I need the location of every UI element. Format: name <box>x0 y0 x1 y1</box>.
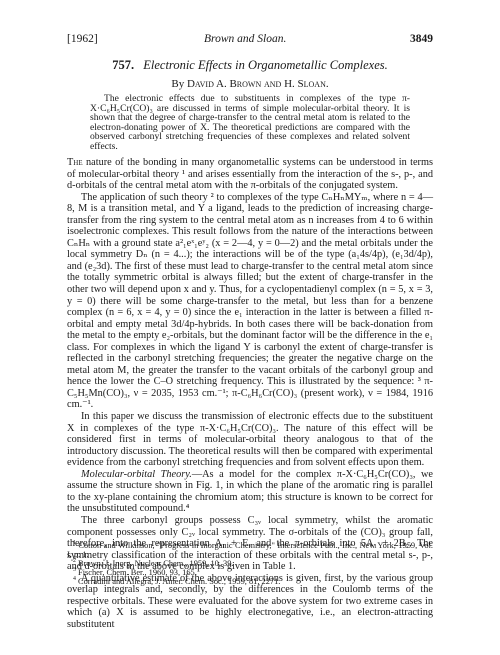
paragraph-scope: In this paper we discuss the transmissio… <box>67 411 433 469</box>
footnote-text: Fischer, Chem. Ber., 1960, 93, 165. <box>78 568 197 577</box>
footnote-text: Cotton and Wilkinson, "Progress in Inorg… <box>67 541 433 559</box>
header-running-title: Brown and Sloan. <box>204 33 286 45</box>
paragraph-intro: The nature of the bonding in many organo… <box>67 157 433 192</box>
footnote-text: Brown, J. Inorg. Nuclear Chem., 1959, 10… <box>78 559 233 568</box>
lead-smallcaps: The <box>67 157 83 168</box>
footnote-mark: 1 <box>73 540 76 546</box>
running-header: [1962] Brown and Sloan. 3849 <box>67 33 433 47</box>
byline: By David A. Brown and H. Sloan. <box>67 78 433 90</box>
abstract: The electronic effects due to substituen… <box>90 94 410 152</box>
paragraph-text: nature of the bonding in many organometa… <box>67 157 433 191</box>
byline-prefix: By <box>171 78 184 90</box>
footnote-1: 1 Cotton and Wilkinson, "Progress in Ino… <box>67 542 433 560</box>
footnote-mark: 2 <box>73 558 76 564</box>
footnote-mark: 4 <box>73 576 76 582</box>
header-year: [1962] <box>67 33 98 45</box>
paragraph-text: The application of such theory ² to comp… <box>67 192 433 411</box>
paragraph-mo-theory: Molecular-orbital Theory.—As a model for… <box>67 469 433 515</box>
article-number: 757. <box>112 58 134 72</box>
abstract-text: The electronic effects due to substituen… <box>90 94 410 152</box>
paragraph-theory-application: The application of such theory ² to comp… <box>67 192 433 411</box>
footnote-text: Corradini and Allegra, J. Amer. Chem. So… <box>78 577 280 586</box>
footnote-4: 4 Corradini and Allegra, J. Amer. Chem. … <box>67 578 433 587</box>
footnotes: 1 Cotton and Wilkinson, "Progress in Ino… <box>67 542 433 587</box>
article-title-text: Electronic Effects in Organometallic Com… <box>143 58 388 72</box>
section-heading-inline: Molecular-orbital Theory. <box>81 469 192 480</box>
header-page-number: 3849 <box>410 33 433 45</box>
author-names: David A. Brown and H. Sloan. <box>187 78 329 90</box>
article-title: 757. Electronic Effects in Organometalli… <box>67 58 433 73</box>
footnote-mark: 3 <box>73 567 76 573</box>
paragraph-text: In this paper we discuss the transmissio… <box>67 411 433 468</box>
